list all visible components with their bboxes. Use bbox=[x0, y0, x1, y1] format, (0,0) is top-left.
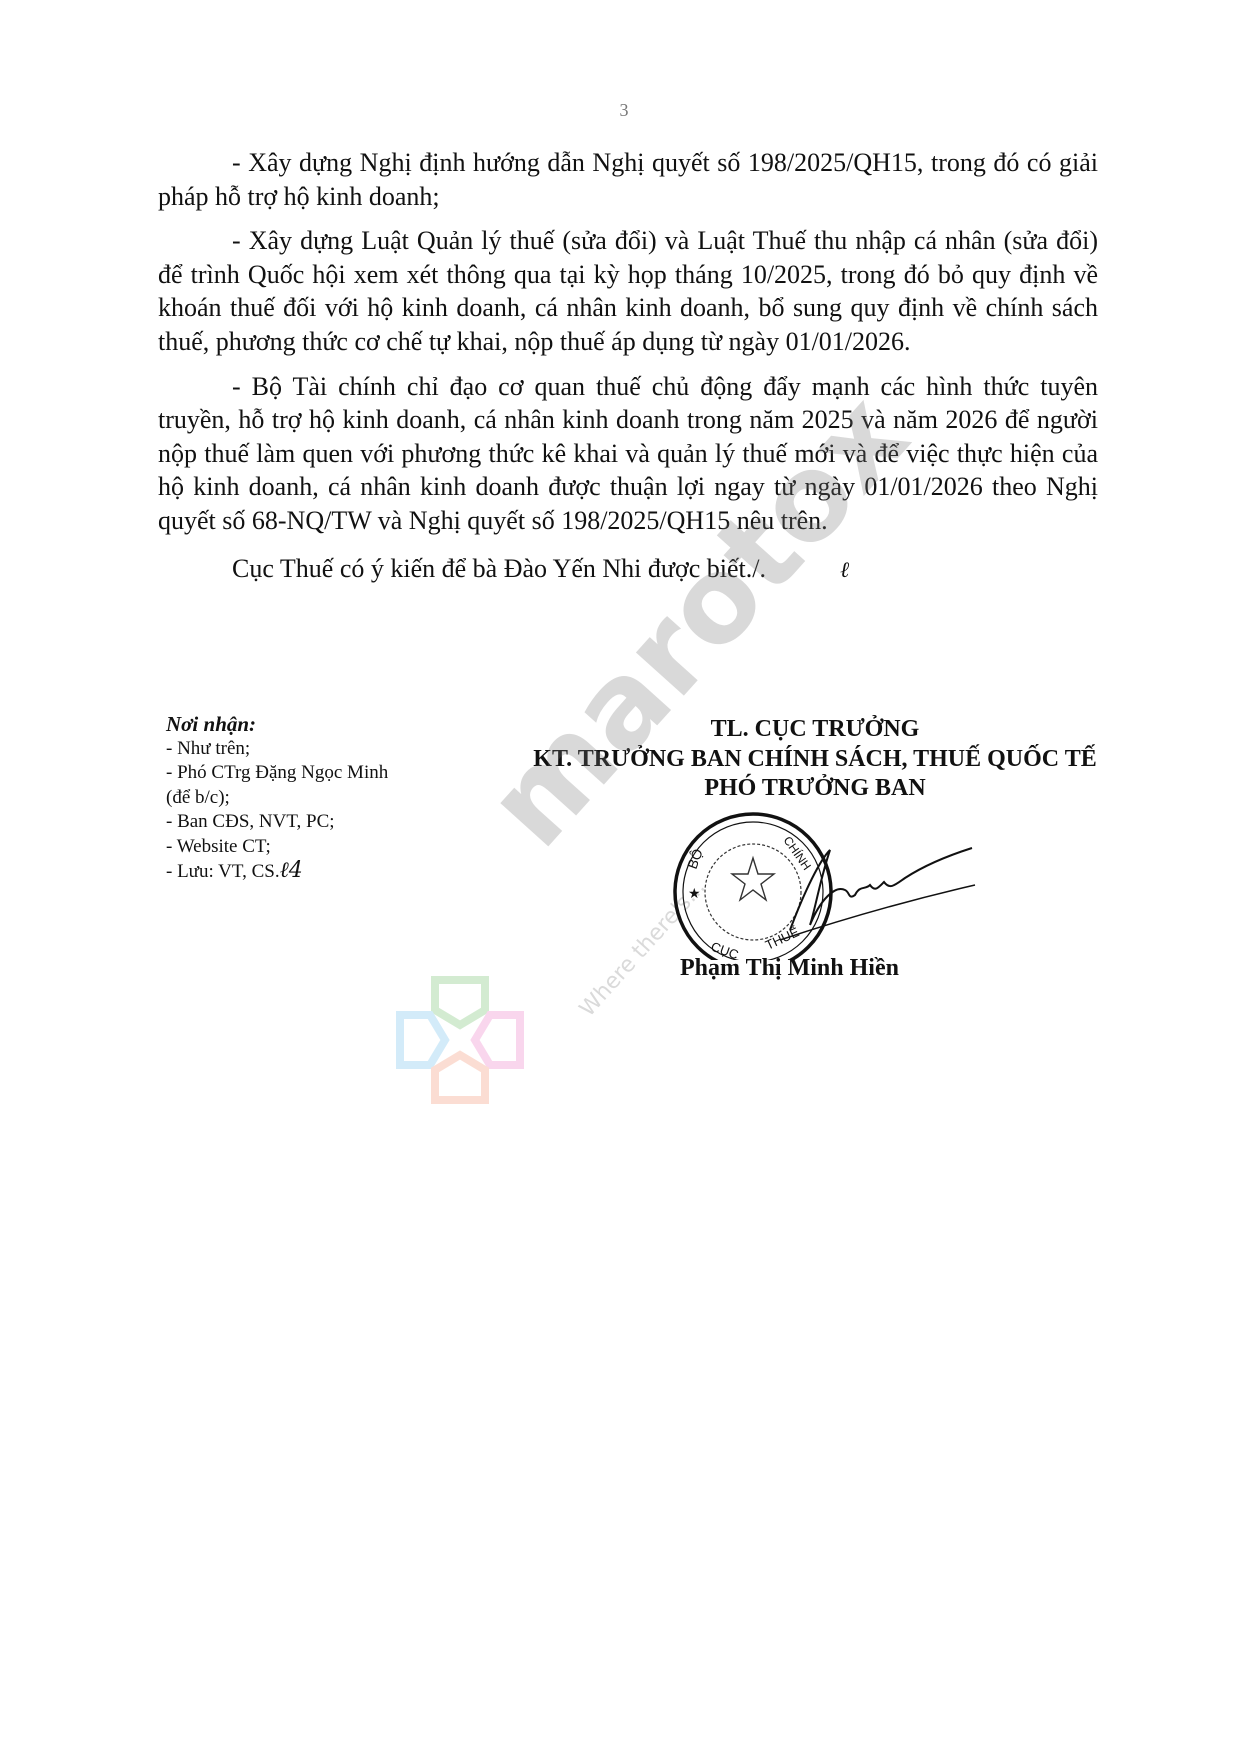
recipient-item-archive: - Lưu: VT, CS.ℓ4 bbox=[166, 859, 388, 885]
svg-text:★: ★ bbox=[688, 887, 701, 902]
paragraph-decree: - Xây dựng Nghị định hướng dẫn Nghị quyế… bbox=[158, 146, 1098, 213]
signer-name: Phạm Thị Minh Hiền bbox=[680, 955, 899, 982]
handwritten-signature bbox=[760, 830, 980, 950]
recipient-item: - Ban CĐS, NVT, PC; bbox=[166, 810, 388, 835]
paragraph-tax-law: - Xây dựng Luật Quản lý thuế (sửa đổi) v… bbox=[158, 224, 1098, 358]
handwritten-initials: ℓ4 bbox=[280, 859, 303, 884]
recipient-item: (để b/c); bbox=[166, 786, 388, 811]
paragraph-ministry-guidance: - Bộ Tài chính chỉ đạo cơ quan thuế chủ … bbox=[158, 370, 1098, 538]
recipients-list: Nơi nhận: - Như trên; - Phó CTrg Đặng Ng… bbox=[166, 712, 388, 885]
closing-line: Cục Thuế có ý kiến để bà Đào Yến Nhi đượ… bbox=[158, 552, 1098, 588]
letter-body: - Xây dựng Nghị định hướng dẫn Nghị quyế… bbox=[158, 146, 1098, 598]
recipients-heading: Nơi nhận: bbox=[166, 712, 388, 737]
page-number: 3 bbox=[0, 100, 1248, 121]
recipient-item: - Website CT; bbox=[166, 835, 388, 860]
recipient-item: - Phó CTrg Đặng Ngọc Minh bbox=[166, 761, 388, 786]
recipient-item: - Như trên; bbox=[166, 737, 388, 762]
watermark-logo-icon bbox=[390, 970, 530, 1110]
